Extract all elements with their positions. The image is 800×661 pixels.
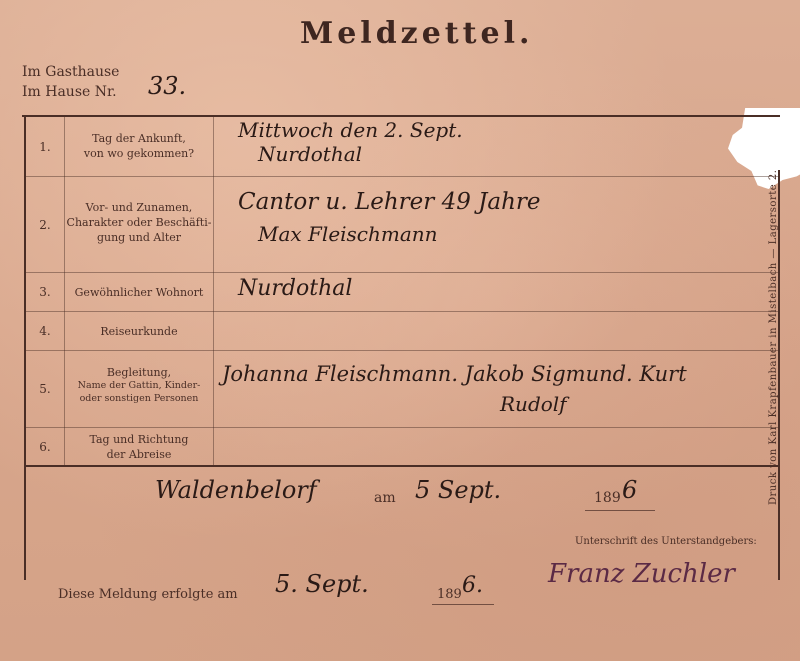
row-number-3: 3.	[26, 285, 64, 299]
row-entry-3-line-1: Nurdothal	[238, 277, 352, 301]
row-label-6-line-1: Tag und Richtung	[66, 432, 212, 447]
footer-label: Diese Meldung erfolgte am	[58, 583, 238, 607]
row-label-5-line-1: Begleitung,	[66, 366, 212, 379]
row-label-4: Reiseurkunde	[66, 324, 212, 339]
row-label-1-line-2: von wo gekommen?	[66, 146, 212, 161]
row-number-4: 4.	[26, 324, 64, 338]
row-label-2-line-1: Vor- und Zunamen,	[66, 200, 212, 215]
row-label-1: Tag der Ankunft, von wo gekommen?	[66, 131, 212, 161]
row-entry-2-line-2: Max Fleischmann	[258, 222, 438, 246]
row-entry-2-line-1: Cantor u. Lehrer 49 Jahre	[238, 190, 541, 214]
footer-signature: Franz Zuchler	[548, 562, 735, 586]
printer-note: Druck von Karl Krapfenbauer in Mistelbac…	[768, 170, 779, 505]
row-number-5: 5.	[26, 382, 64, 396]
place-year-suffix: 6	[622, 478, 637, 502]
row-label-2: Vor- und Zunamen, Charakter oder Beschäf…	[66, 200, 212, 245]
document-title: Meldzettel.	[300, 16, 510, 51]
row-label-3-line-1: Gewöhnlicher Wohnort	[66, 285, 212, 300]
am-label: am	[374, 486, 396, 510]
row-entry-1-line-1: Mittwoch den 2. Sept.	[238, 118, 463, 142]
row-label-2-line-2: Charakter oder Beschäfti-	[66, 215, 212, 230]
signature-label: Unterschrift des Unterstandgebers:	[575, 530, 757, 554]
footer-date: 5. Sept.	[275, 572, 369, 596]
row-label-2-line-3: gung und Alter	[66, 230, 212, 245]
year-underline	[585, 510, 655, 511]
row-label-6: Tag und Richtung der Abreise	[66, 432, 212, 462]
row-number-1: 1.	[26, 140, 64, 154]
footer-year-suffix: 6.	[462, 574, 483, 598]
place-year-prefix: 189	[594, 486, 621, 510]
row-label-1-line-1: Tag der Ankunft,	[66, 131, 212, 146]
footer-year-underline	[432, 604, 494, 605]
row-divider-4	[26, 350, 778, 351]
row-divider-1	[26, 176, 778, 177]
place-name: Waldenbelorf	[155, 478, 317, 502]
row-label-5: Begleitung, Name der Gattin, Kinder- ode…	[66, 366, 212, 405]
row-entry-1-line-2: Nurdothal	[258, 142, 362, 166]
row-label-6-line-2: der Abreise	[66, 447, 212, 462]
row-divider-2	[26, 272, 778, 273]
row-number-2: 2.	[26, 218, 64, 232]
table-top-border	[22, 115, 780, 117]
table-number-divider	[64, 117, 65, 465]
table-bottom-border	[26, 465, 778, 467]
table-label-divider	[213, 117, 214, 465]
row-entry-5-line-2: Rudolf	[500, 392, 567, 416]
row-label-4-line-1: Reiseurkunde	[66, 324, 212, 339]
row-label-5-line-2: Name der Gattin, Kinder-	[66, 379, 212, 392]
table-left-border	[24, 115, 26, 580]
place-date: 5 Sept.	[415, 478, 501, 502]
row-label-5-line-3: oder sonstigen Personen	[66, 392, 212, 405]
row-divider-3	[26, 311, 778, 312]
row-divider-5	[26, 427, 778, 428]
house-number: 33.	[148, 72, 186, 100]
header-gasthause-label: Im Gasthause	[22, 64, 119, 80]
row-label-3: Gewöhnlicher Wohnort	[66, 285, 212, 300]
header-hause-label: Im Hause Nr.	[22, 84, 117, 100]
row-number-6: 6.	[26, 440, 64, 454]
row-entry-5-line-1: Johanna Fleischmann. Jakob Sigmund. Kurt	[222, 362, 687, 386]
